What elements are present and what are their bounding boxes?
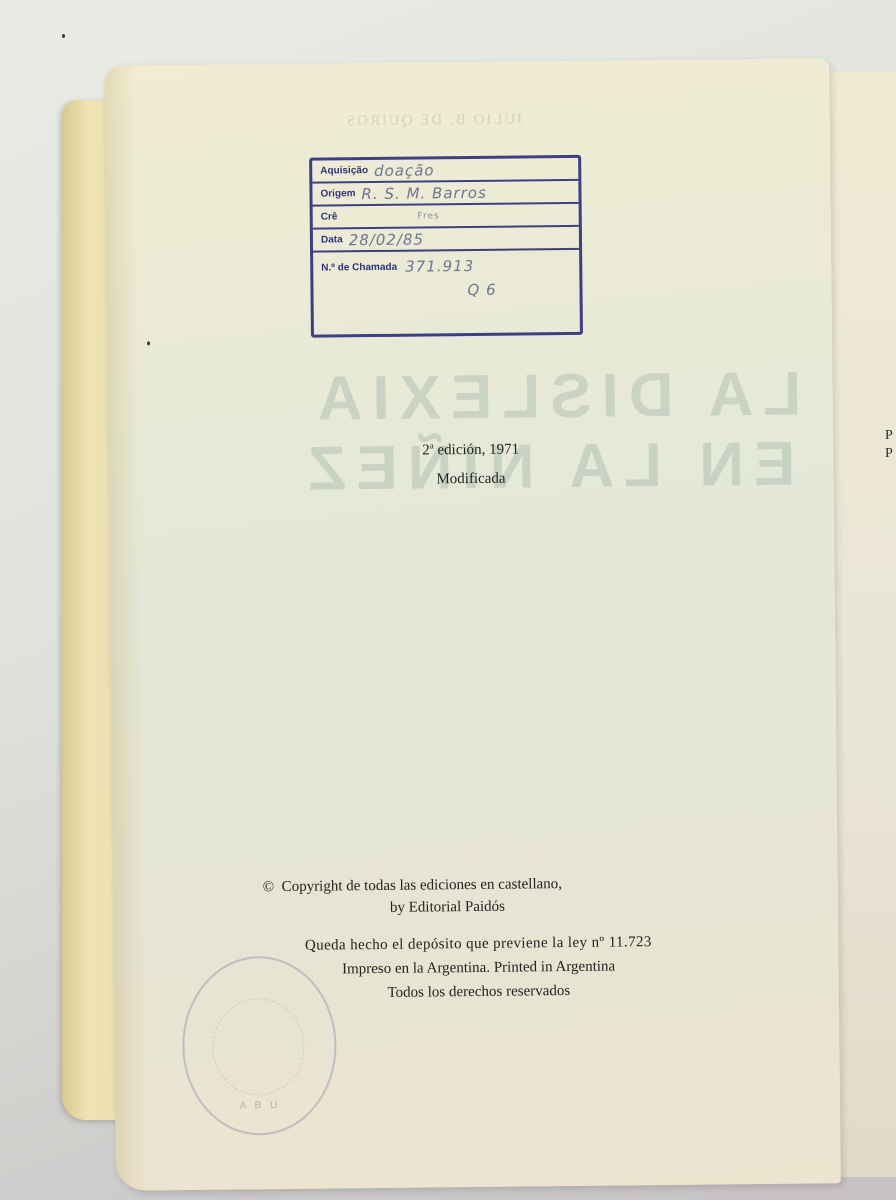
stamp-value: Fres — [417, 211, 439, 221]
stamp-value: doação — [374, 161, 435, 180]
stamp-value: R. S. M. Barros — [361, 183, 486, 202]
stamp-row-call-number: N.º de Chamada 371.913 Q 6 — [313, 250, 579, 302]
copyright-block: © Copyright de todas las ediciones en ca… — [263, 871, 724, 1006]
copyright-text: Copyright de todas las ediciones en cast… — [282, 876, 562, 895]
showthrough-title-line1: LA DISLEXIA — [307, 359, 801, 435]
library-acquisition-stamp: Aquisição doação Origem R. S. M. Barros … — [309, 155, 583, 338]
desk-background: P P JULIO B. DE QUIROS LA DISLEXIA EN LA… — [0, 0, 896, 1200]
stamp-row-cre: Crê Fres — [313, 204, 579, 230]
stamp-label: Crê — [321, 211, 338, 222]
legal-notices: Queda hecho el depósito que previene la … — [233, 929, 724, 1006]
showthrough-author: JULIO B. DE QUIROS — [345, 111, 524, 130]
copyright-symbol-icon: © — [263, 879, 275, 895]
edition-line: 2a edición, 1971 — [108, 436, 833, 463]
stamp-label: Aquisição — [320, 165, 368, 176]
call-number-line1: 371.913 — [405, 257, 474, 276]
rights-reserved-line: Todos los derechos reservados — [234, 977, 724, 1006]
dust-speck — [62, 34, 65, 38]
call-number-line2: Q 6 — [467, 281, 496, 299]
stamp-value: 28/02/85 — [349, 230, 425, 249]
edition-text: edición, 1971 — [437, 442, 519, 459]
stamp-row-acquisition: Aquisição doação — [312, 158, 578, 184]
edition-ordinal: a — [430, 440, 434, 450]
seal-inner-ring — [212, 998, 305, 1096]
stamp-row-date: Data 28/02/85 — [313, 227, 579, 253]
stamp-label: N.º de Chamada — [321, 261, 397, 273]
edition-block: 2a edición, 1971 Modificada — [108, 436, 834, 504]
next-page-fragment: P — [885, 446, 893, 462]
seal-text: A B U — [185, 1099, 335, 1112]
stamp-row-origin: Origem R. S. M. Barros — [312, 181, 578, 207]
book-page: JULIO B. DE QUIROS LA DISLEXIA EN LA NIÑ… — [104, 58, 841, 1191]
stamp-label: Data — [321, 234, 343, 245]
ink-speck — [147, 341, 150, 345]
next-page-fragment: P — [885, 428, 893, 444]
legal-deposit-line: Queda hecho el depósito que previene la … — [233, 929, 723, 958]
edition-number: 2 — [422, 442, 430, 458]
stamp-label: Origem — [320, 188, 355, 199]
edition-note: Modificada — [108, 467, 833, 492]
